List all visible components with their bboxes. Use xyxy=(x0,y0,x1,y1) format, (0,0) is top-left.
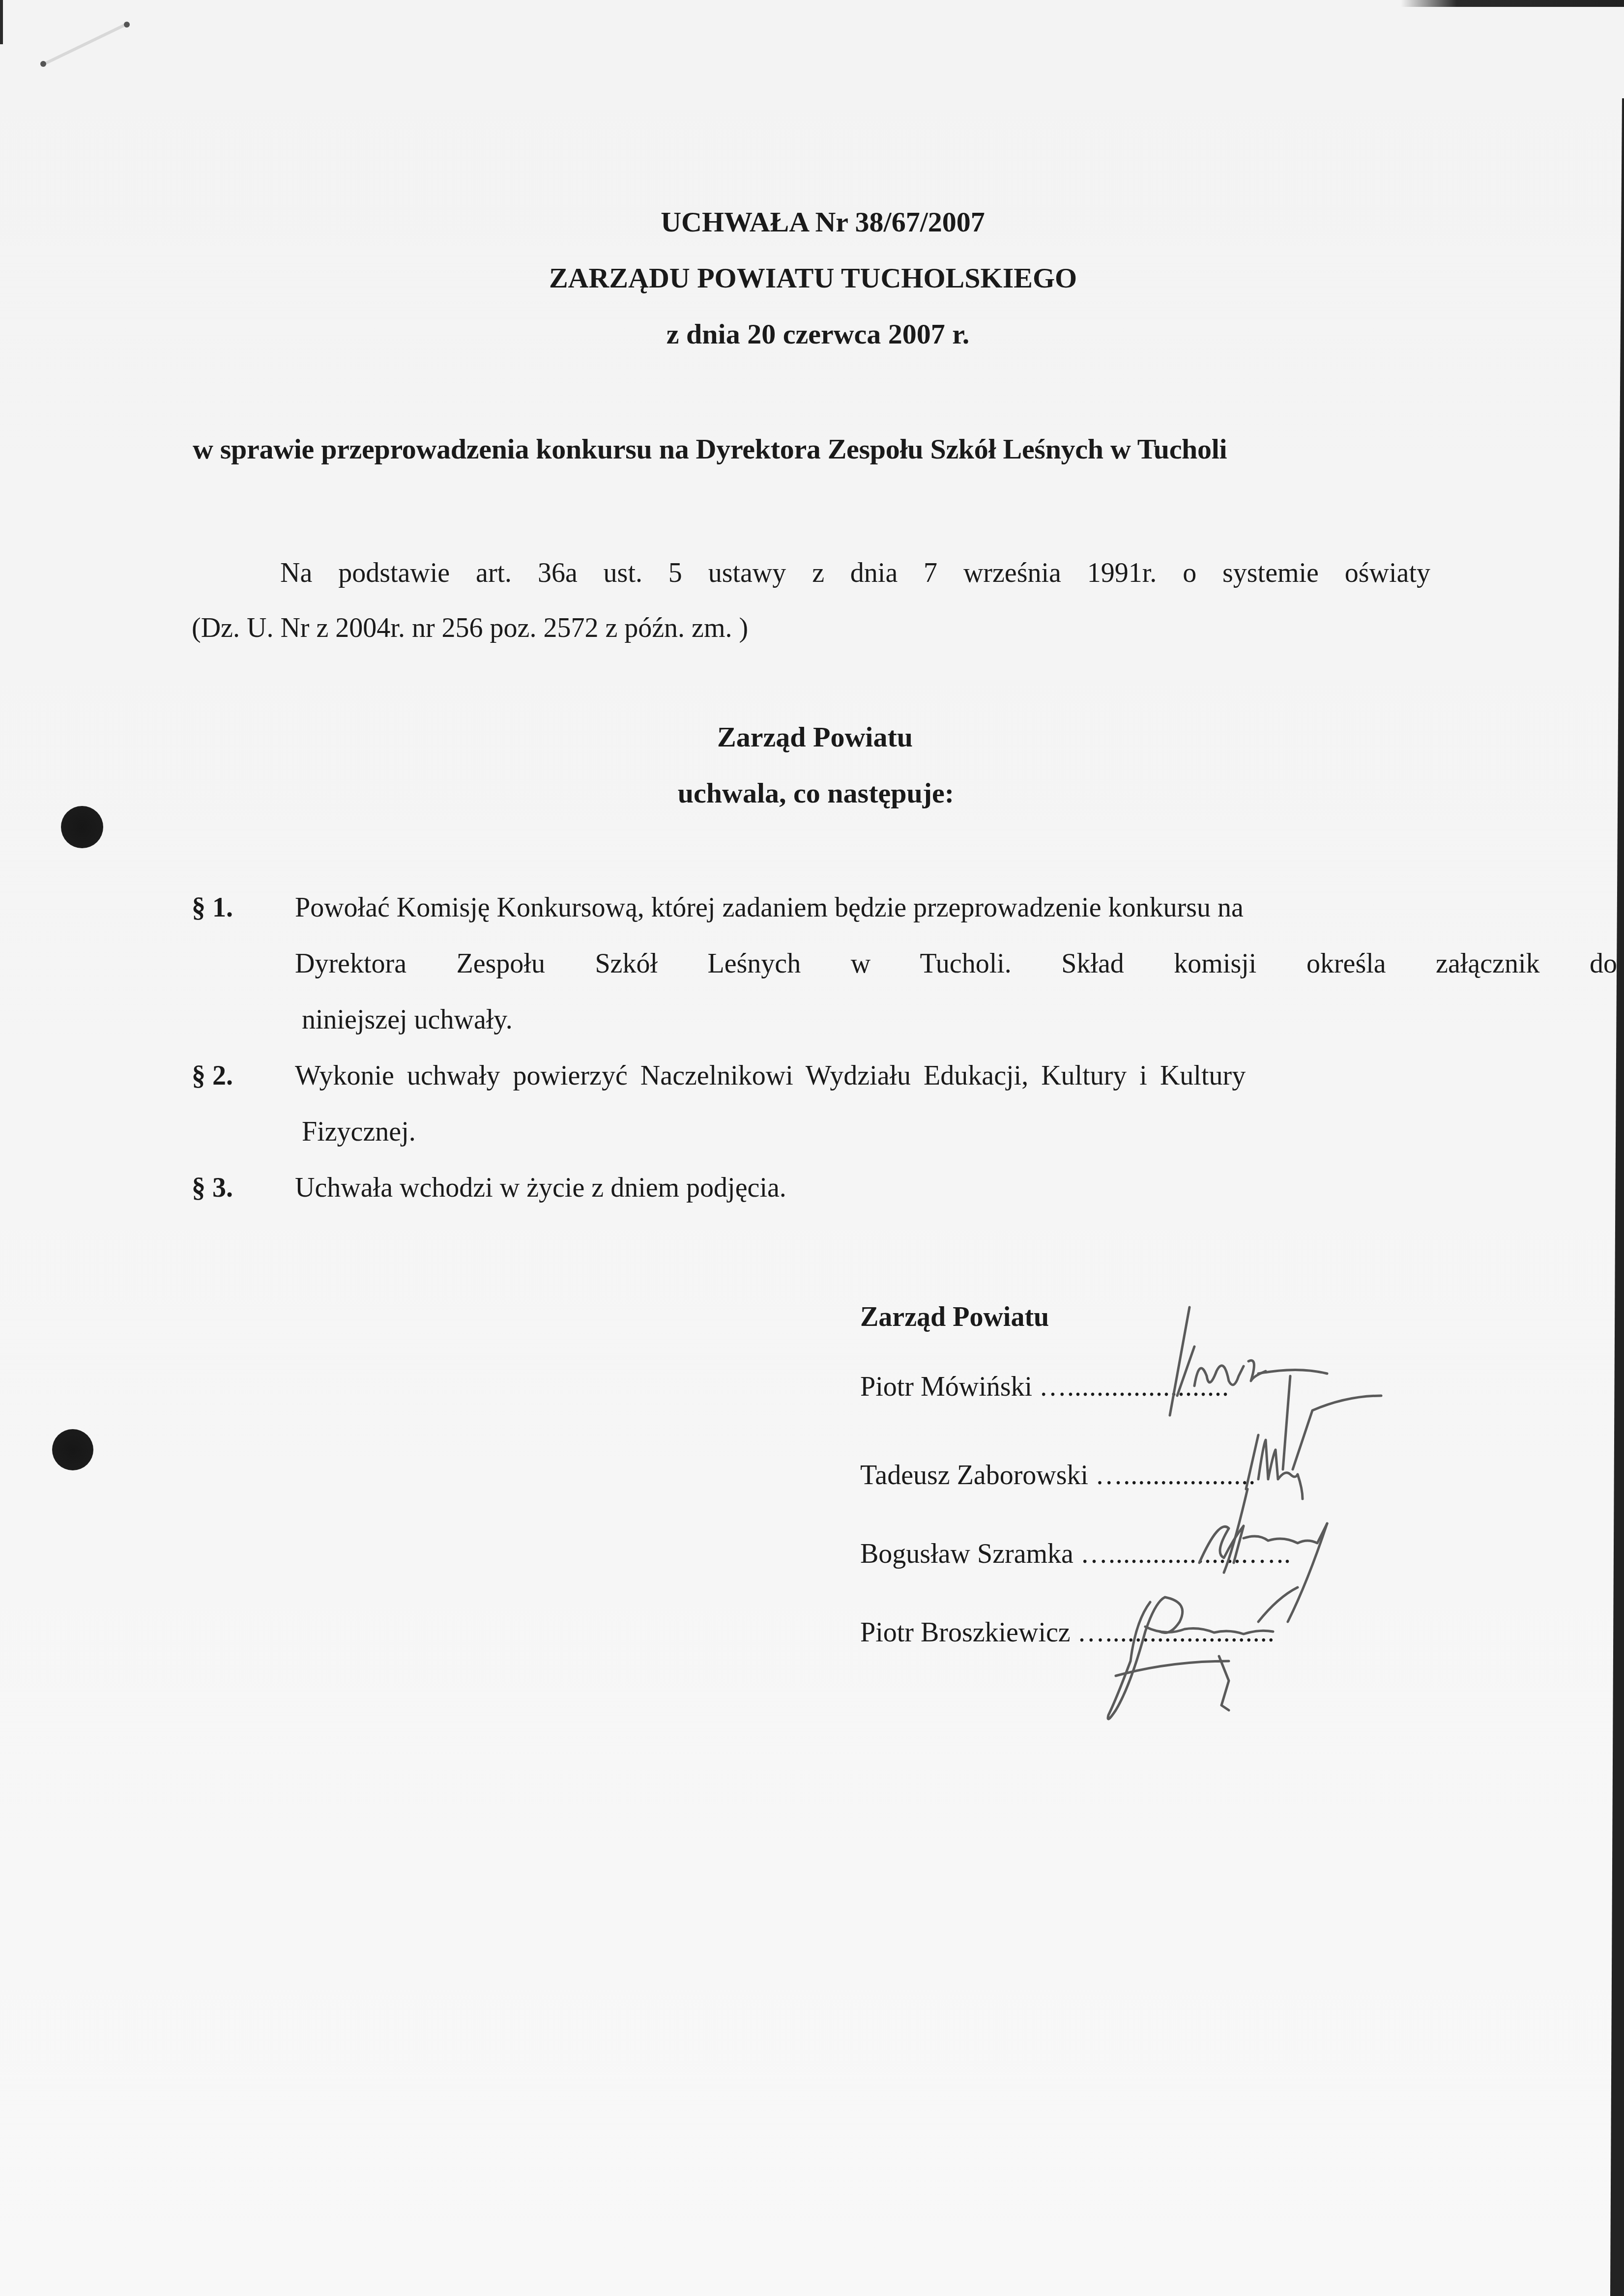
enacting-formula: uchwala, co następuje: xyxy=(4,776,1624,809)
issuing-body: ZARZĄDU POWIATU TUCHOLSKIEGO xyxy=(1,261,1624,294)
signature-line: …....................... xyxy=(1077,1617,1275,1648)
member-name: Tadeusz Zaborowski xyxy=(860,1460,1088,1491)
board-member: Piotr Mówiński …...................... xyxy=(860,1371,1229,1403)
signature-block: Zarząd Powiatu Piotr Mówiński ….........… xyxy=(860,1292,1049,1342)
staple-mark-icon xyxy=(34,15,143,74)
paragraph-line: Uchwała wchodzi w życie z dniem podjęcia… xyxy=(295,1160,1617,1216)
legal-basis: Na podstawie art. 36a ust. 5 ustawy z dn… xyxy=(192,545,1430,656)
member-name: Piotr Broszkiewicz xyxy=(860,1617,1071,1648)
paragraph-line: niniejszej uchwały. xyxy=(295,992,1617,1048)
resolution-title: UCHWAŁA Nr 38/67/2007 xyxy=(11,205,1624,238)
paragraph-line: Wykonie uchwały powierzyć Naczelnikowi W… xyxy=(295,1048,1617,1104)
paragraph-line: Dyrektora Zespołu Szkół Leśnych w Tuchol… xyxy=(295,936,1617,992)
paragraph-number: § 1. xyxy=(192,880,233,936)
member-name: Piotr Mówiński xyxy=(860,1372,1032,1402)
punch-hole-icon xyxy=(52,1429,93,1470)
legal-basis-line-2: (Dz. U. Nr z 2004r. nr 256 poz. 2572 z p… xyxy=(192,601,1430,656)
board-member: Bogusław Szramka …...................….. xyxy=(860,1538,1291,1570)
resolution-subject: w sprawie przeprowadzenia konkursu na Dy… xyxy=(193,432,1227,465)
signature-line: …...................….. xyxy=(1080,1539,1291,1569)
resolution-date: z dnia 20 czerwca 2007 r. xyxy=(6,317,1624,350)
board-member: Piotr Broszkiewicz …....................… xyxy=(860,1617,1275,1648)
signature-block-title: Zarząd Powiatu xyxy=(860,1292,1049,1342)
enacting-body: Zarząd Powiatu xyxy=(3,720,1624,753)
member-name: Bogusław Szramka xyxy=(860,1539,1073,1569)
signature-line: …...................... xyxy=(1039,1372,1229,1402)
paragraph-number: § 3. xyxy=(192,1160,233,1216)
legal-basis-line-1: Na podstawie art. 36a ust. 5 ustawy z dn… xyxy=(192,545,1430,601)
paragraph-line: Fizycznej. xyxy=(295,1104,1617,1160)
board-member: Tadeusz Zaborowski ….................. xyxy=(860,1460,1256,1491)
paragraph-number: § 2. xyxy=(192,1048,233,1104)
scanned-page: UCHWAŁA Nr 38/67/2007 ZARZĄDU POWIATU TU… xyxy=(0,0,1624,2296)
paragraph-line: Powołać Komisję Konkursową, której zadan… xyxy=(295,880,1617,936)
punch-hole-icon xyxy=(61,806,103,848)
signature-line: ….................. xyxy=(1095,1460,1256,1491)
